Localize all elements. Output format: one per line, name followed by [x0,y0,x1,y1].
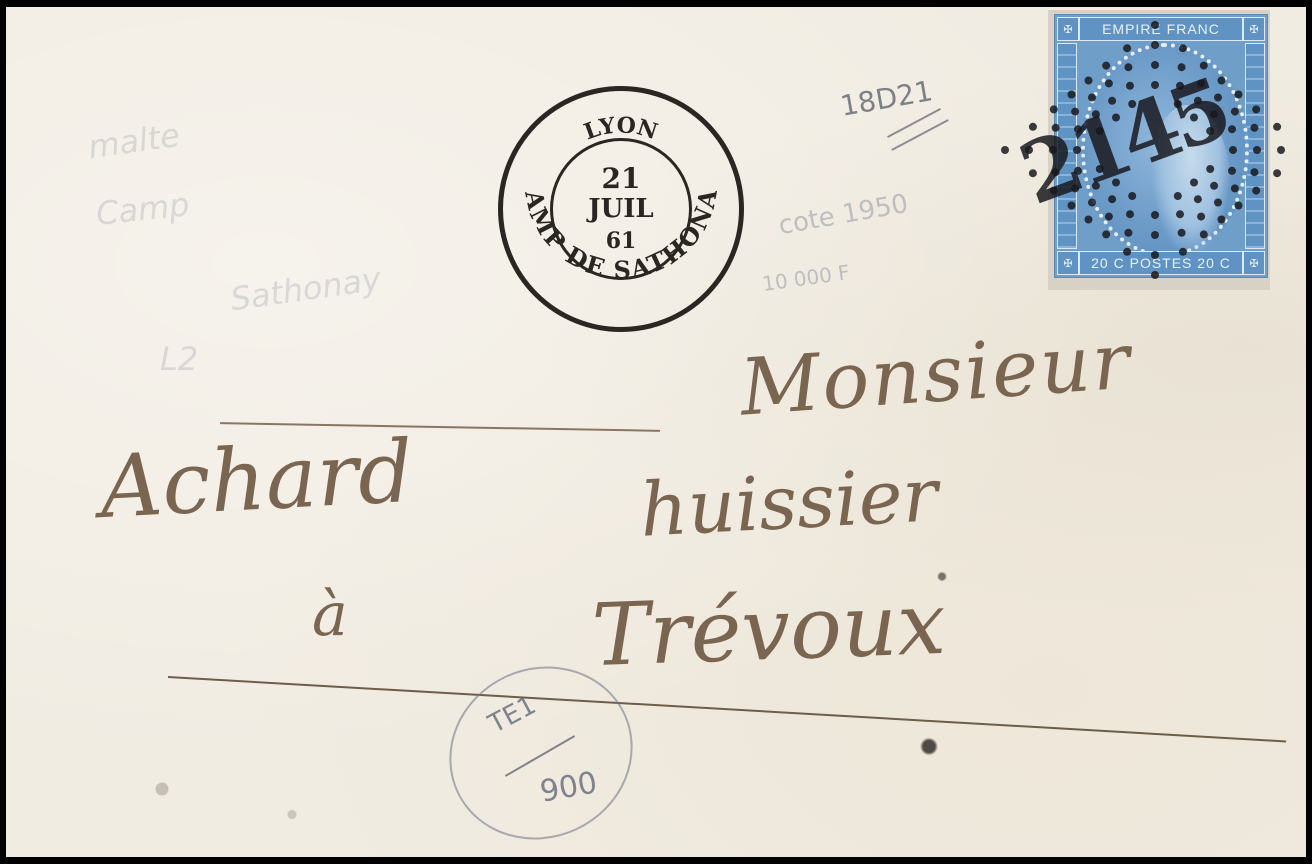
address-city: Trévoux [590,574,947,686]
svg-text:LYON: LYON [581,112,661,145]
postmark-month: JUIL [498,194,744,224]
stamp-corner-ornament-icon: ✠ [1057,17,1079,41]
postmark-year: 61 [498,228,744,254]
stamp-corner-ornament-icon: ✠ [1057,251,1079,275]
circular-date-postmark: LYON CAMP DE SATHONAY 21 JUIL 61 [498,86,752,336]
pencil-note-faint-4: L2 [160,340,198,378]
stamp-bottom-inscription: 20 C POSTES 20 C [1079,251,1243,275]
address-name: Achard [98,422,416,538]
stamp-corner-ornament-icon: ✠ [1243,251,1265,275]
stamp-top-inscription: EMPIRE FRANC [1079,17,1243,41]
stamp-corner-ornament-icon: ✠ [1243,17,1265,41]
address-preposition: à [312,580,348,650]
image-frame: malte Camp Sathonay L2 LYON CAMP DE SATH… [0,0,1312,864]
postmark-day: 21 [498,162,744,195]
address-profession: huissier [638,452,940,553]
